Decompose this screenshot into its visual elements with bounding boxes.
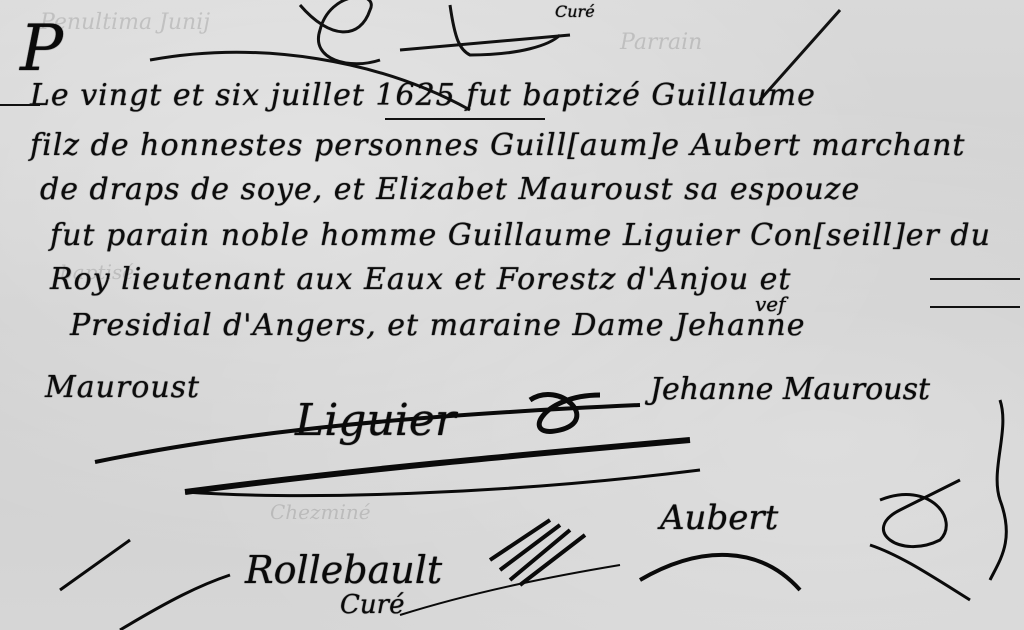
- document-scan: Penultima Junij Parrain baptisé Chezminé…: [0, 0, 1024, 630]
- line-fill-rule: [930, 306, 1020, 308]
- record-line-5: Roy lieutenant aux Eaux et Forestz d'Anj…: [50, 262, 792, 297]
- record-line-1: Le vingt et six juillet 1625 fut baptizé…: [30, 78, 816, 113]
- bleed-through-text: Penultima Junij: [40, 10, 210, 35]
- margin-initial: P: [20, 12, 63, 86]
- signature-rollebault: Rollebault: [245, 548, 442, 592]
- signature-aubert: Aubert: [660, 498, 778, 538]
- signature-jehanne-mauroust: Jehanne Mauroust: [650, 372, 930, 407]
- record-line-3: de draps de soye, et Elizabet Mauroust s…: [40, 172, 860, 207]
- previous-entry-cure-note: Curé: [555, 2, 595, 21]
- bleed-through-text: Chezminé: [270, 500, 371, 524]
- record-line-4: fut parain noble homme Guillaume Liguier…: [50, 218, 991, 253]
- underline-date: [385, 118, 545, 120]
- signature-cure-title: Curé: [340, 590, 404, 620]
- left-margin-rule: [0, 104, 40, 106]
- signature-liguier: Liguier: [295, 395, 456, 446]
- record-line-2: filz de honnestes personnes Guill[aum]e …: [30, 128, 966, 163]
- line-fill-rule: [930, 278, 1020, 280]
- record-line-7: Mauroust: [45, 370, 200, 405]
- bleed-through-text: Parrain: [620, 30, 702, 55]
- record-line-6: Presidial d'Angers, et maraine Dame Jeha…: [70, 308, 805, 343]
